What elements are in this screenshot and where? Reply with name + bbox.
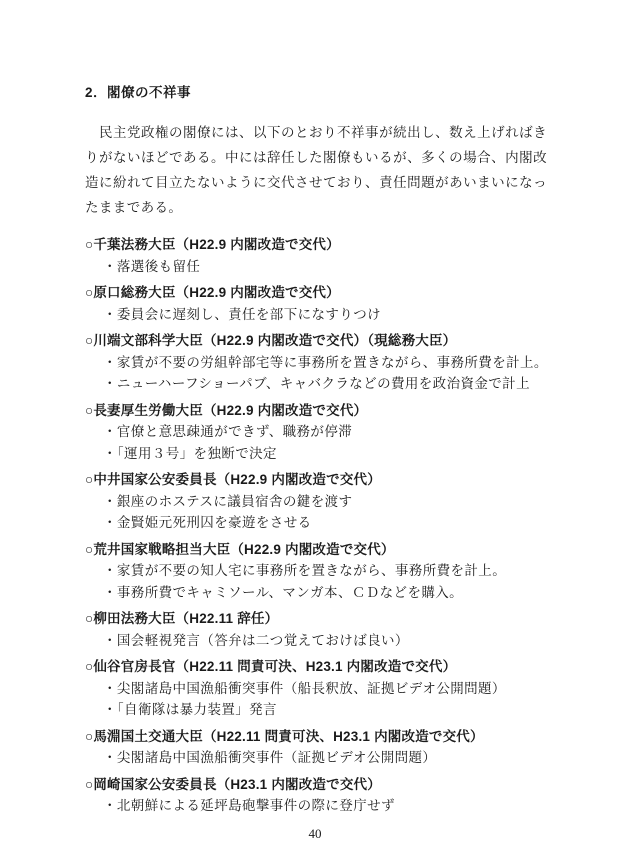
- scandal-entry: ○千葉法務大臣（H22.9 内閣改造で交代） ・落選後も留任: [85, 234, 545, 277]
- minister-title: ○岡崎国家公安委員長（H23.1 内閣改造で交代）: [85, 774, 545, 796]
- scandal-entry: ○馬淵国土交通大臣（H22.11 問責可決、H23.1 内閣改造で交代） ・尖閣…: [85, 726, 545, 769]
- scandal-bullet: ・ニューハーフショーパブ、キャバクラなどの費用を政治資金で計上: [85, 373, 545, 395]
- scandal-bullet: ・金賢姫元死刑囚を豪遊をさせる: [85, 512, 545, 534]
- scandal-entry: ○中井国家公安委員長（H22.9 内閣改造で交代） ・銀座のホステスに議員宿舎の…: [85, 469, 545, 534]
- scandal-bullet: ・「自衛隊は暴力装置」発言: [85, 699, 545, 721]
- minister-title: ○荒井国家戦略担当大臣（H22.9 内閣改造で交代）: [85, 539, 545, 561]
- scandal-bullet: ・国会軽視発言（答弁は二つ覚えておけば良い）: [85, 630, 545, 652]
- scandal-entry: ○荒井国家戦略担当大臣（H22.9 内閣改造で交代） ・家賃が不要の知人宅に事務…: [85, 539, 545, 604]
- scandal-bullet: ・尖閣諸島中国漁船衝突事件（証拠ビデオ公開問題）: [85, 747, 545, 769]
- intro-paragraph: 民主党政権の閣僚には、以下のとおり不祥事が続出し、数え上げればきりがないほどであ…: [85, 120, 547, 220]
- scandal-entry: ○岡崎国家公安委員長（H23.1 内閣改造で交代） ・北朝鮮による延坪島砲撃事件…: [85, 774, 545, 817]
- scandal-bullet: ・北朝鮮による延坪島砲撃事件の際に登庁せず: [85, 795, 545, 817]
- document-page: 2．閣僚の不祥事 民主党政権の閣僚には、以下のとおり不祥事が続出し、数え上げれば…: [0, 0, 629, 863]
- scandal-entry: ○長妻厚生労働大臣（H22.9 内閣改造で交代） ・官僚と意思疎通ができず、職務…: [85, 400, 545, 465]
- scandal-entry: ○川端文部科学大臣（H22.9 内閣改造で交代）（現総務大臣） ・家賃が不要の労…: [85, 330, 545, 395]
- scandal-bullet: ・「運用３号」を独断で決定: [85, 443, 545, 465]
- scandal-entry: ○柳田法務大臣（H22.11 辞任） ・国会軽視発言（答弁は二つ覚えておけば良い…: [85, 608, 545, 651]
- minister-title: ○川端文部科学大臣（H22.9 内閣改造で交代）（現総務大臣）: [85, 330, 545, 352]
- scandal-bullet: ・落選後も留任: [85, 256, 545, 278]
- minister-title: ○中井国家公安委員長（H22.9 内閣改造で交代）: [85, 469, 545, 491]
- section-heading: 2．閣僚の不祥事: [85, 85, 545, 100]
- scandal-list: ○千葉法務大臣（H22.9 内閣改造で交代） ・落選後も留任 ○原口総務大臣（H…: [85, 234, 545, 817]
- scandal-entry: ○仙谷官房長官（H22.11 問責可決、H23.1 内閣改造で交代） ・尖閣諸島…: [85, 656, 545, 721]
- scandal-bullet: ・委員会に遅刻し、責任を部下になすりつけ: [85, 304, 545, 326]
- page-number: 40: [85, 826, 545, 842]
- scandal-bullet: ・尖閣諸島中国漁船衝突事件（船長釈放、証拠ビデオ公開問題）: [85, 678, 545, 700]
- minister-title: ○千葉法務大臣（H22.9 内閣改造で交代）: [85, 234, 545, 256]
- minister-title: ○柳田法務大臣（H22.11 辞任）: [85, 608, 545, 630]
- scandal-bullet: ・官僚と意思疎通ができず、職務が停滞: [85, 421, 545, 443]
- scandal-bullet: ・家賃が不要の労組幹部宅等に事務所を置きながら、事務所費を計上。: [85, 352, 545, 374]
- minister-title: ○長妻厚生労働大臣（H22.9 内閣改造で交代）: [85, 400, 545, 422]
- scandal-entry: ○原口総務大臣（H22.9 内閣改造で交代） ・委員会に遅刻し、責任を部下になす…: [85, 282, 545, 325]
- scandal-bullet: ・事務所費でキャミソール、マンガ本、ＣＤなどを購入。: [85, 582, 545, 604]
- scandal-bullet: ・銀座のホステスに議員宿舎の鍵を渡す: [85, 491, 545, 513]
- minister-title: ○馬淵国土交通大臣（H22.11 問責可決、H23.1 内閣改造で交代）: [85, 726, 545, 748]
- minister-title: ○原口総務大臣（H22.9 内閣改造で交代）: [85, 282, 545, 304]
- scandal-bullet: ・家賃が不要の知人宅に事務所を置きながら、事務所費を計上。: [85, 560, 545, 582]
- minister-title: ○仙谷官房長官（H22.11 問責可決、H23.1 内閣改造で交代）: [85, 656, 545, 678]
